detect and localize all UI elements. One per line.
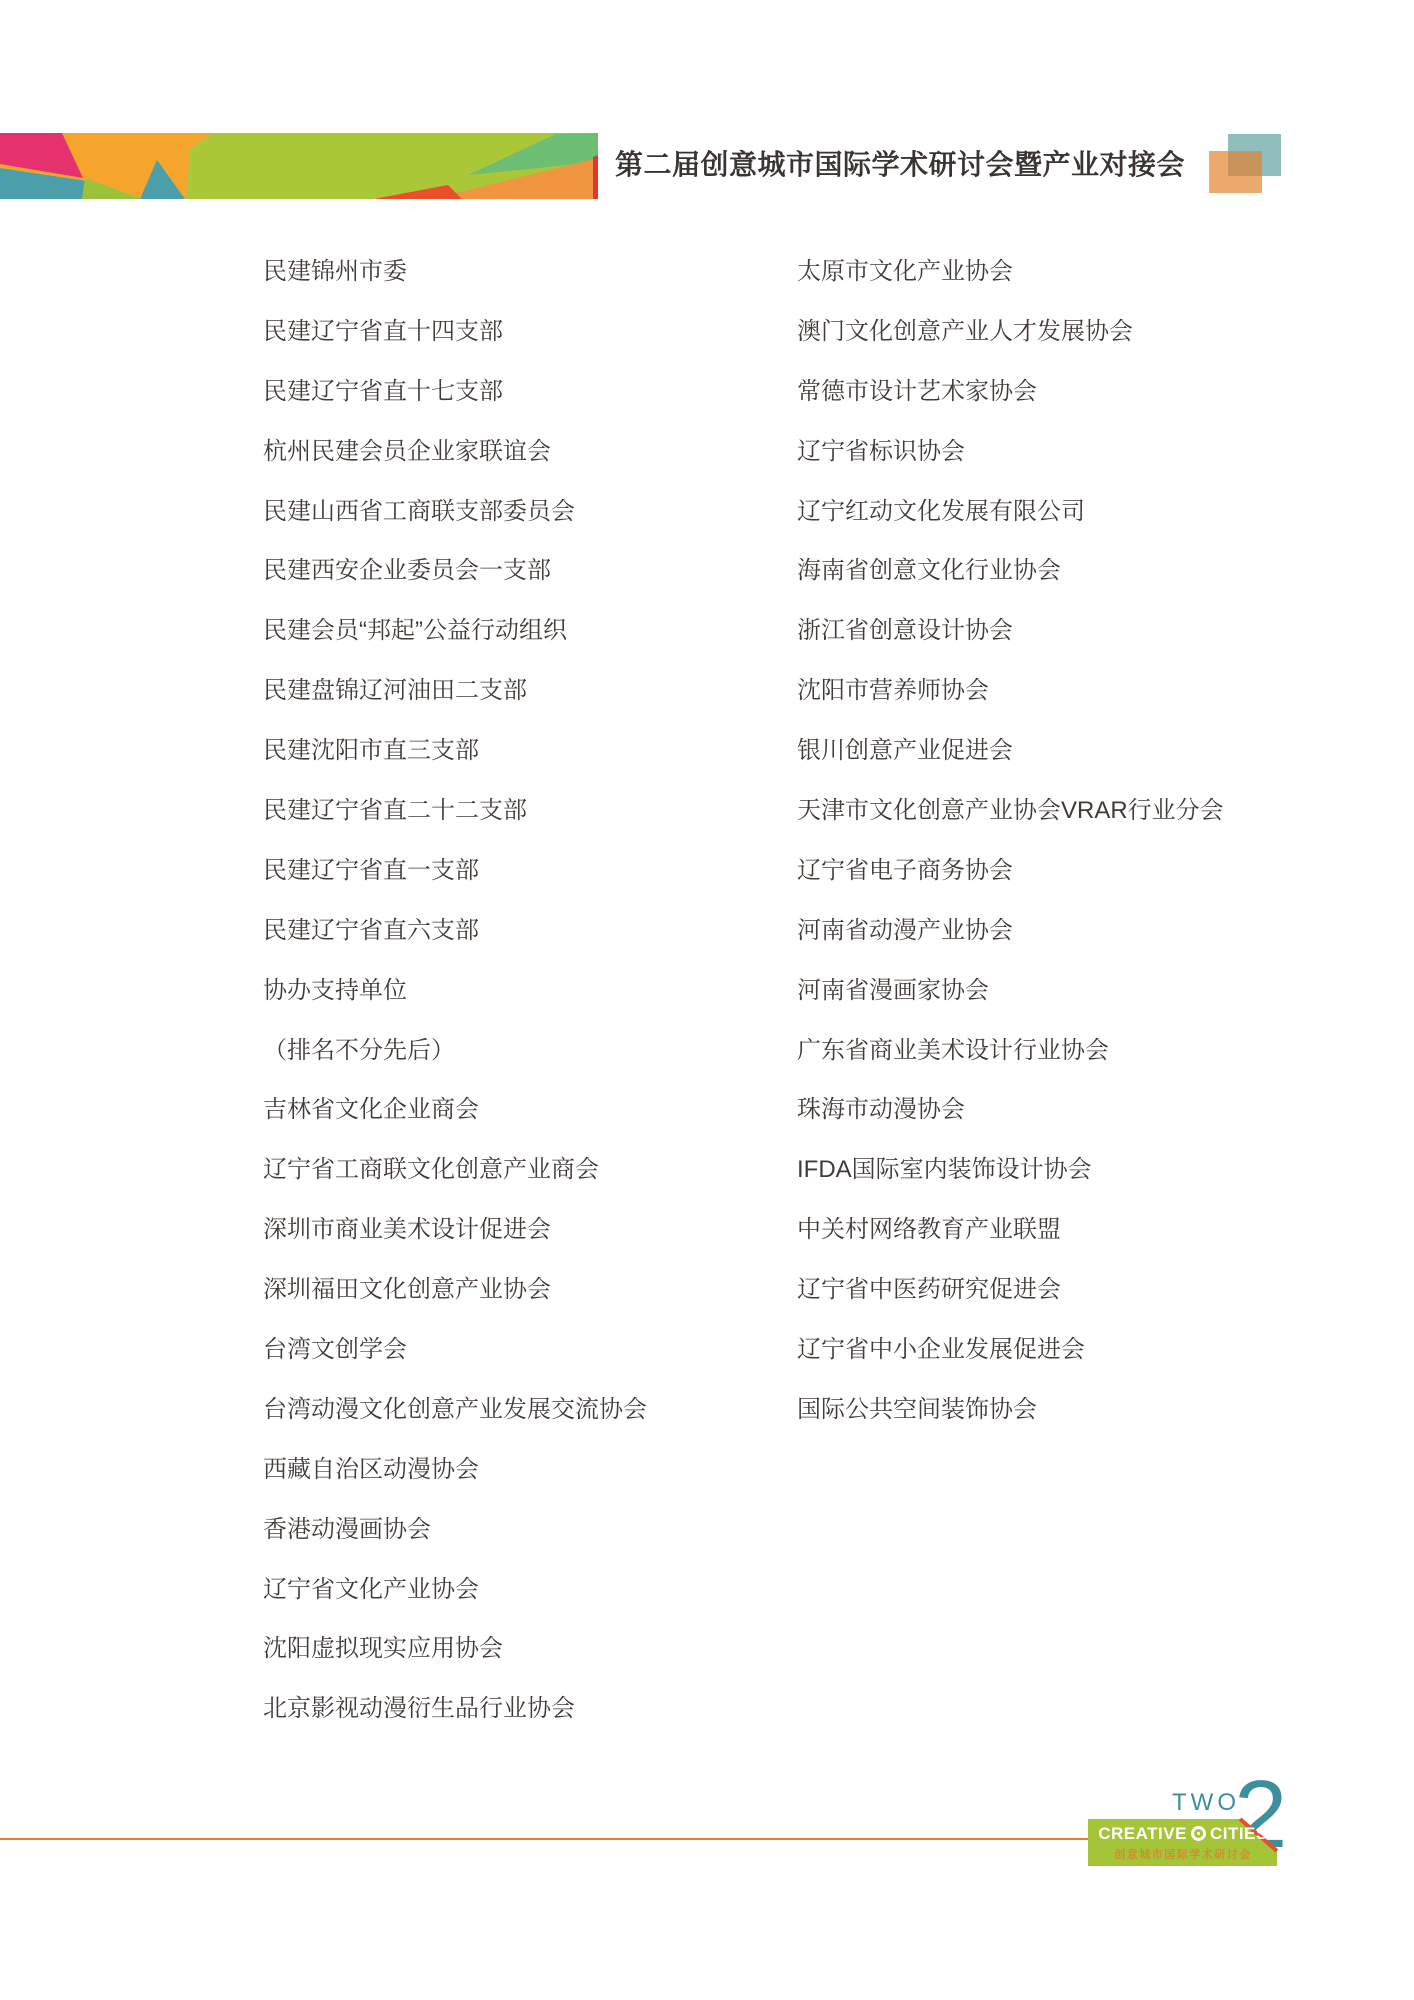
list-item: （排名不分先后） <box>263 1021 647 1081</box>
creative-cities-logo-title: CREATIVECITIES <box>1092 1824 1274 1844</box>
list-item: 民建山西省工商联支部委员会 <box>263 482 647 542</box>
list-item: 民建沈阳市直三支部 <box>263 721 647 781</box>
list-item: 民建盘锦辽河油田二支部 <box>263 661 647 721</box>
document-page: 第二届创意城市国际学术研讨会暨产业对接会 民建锦州市委民建辽宁省直十四支部民建辽… <box>0 0 1414 2000</box>
list-item: 深圳福田文化创意产业协会 <box>263 1260 647 1320</box>
list-item: 民建锦州市委 <box>263 242 647 302</box>
list-item: 辽宁省电子商务协会 <box>797 841 1224 901</box>
page-title: 第二届创意城市国际学术研讨会暨产业对接会 <box>615 149 1185 181</box>
list-item: 民建会员“邦起”公益行动组织 <box>263 601 647 661</box>
list-item: 河南省动漫产业协会 <box>797 901 1224 961</box>
creative-cities-logo-subtitle: 创意城市国际学术研讨会 <box>1092 1846 1274 1862</box>
list-item: 广东省商业美术设计行业协会 <box>797 1021 1224 1081</box>
list-item: 民建辽宁省直二十二支部 <box>263 781 647 841</box>
decor-square-overlap <box>1228 151 1262 176</box>
list-item: 吉林省文化企业商会 <box>263 1080 647 1140</box>
list-item: 北京影视动漫衍生品行业协会 <box>263 1679 647 1739</box>
list-item: 沈阳虚拟现实应用协会 <box>263 1619 647 1679</box>
list-item: 辽宁省中医药研究促进会 <box>797 1260 1224 1320</box>
list-item: 协办支持单位 <box>263 961 647 1021</box>
list-item: 太原市文化产业协会 <box>797 242 1224 302</box>
list-item: 台湾动漫文化创意产业发展交流协会 <box>263 1380 647 1440</box>
logo-word-cities: CITIES <box>1210 1824 1268 1843</box>
list-item: 民建辽宁省直十七支部 <box>263 362 647 422</box>
list-item: 银川创意产业促进会 <box>797 721 1224 781</box>
creative-cities-logo-icon <box>1191 1826 1206 1841</box>
list-item: 国际公共空间装饰协会 <box>797 1380 1224 1440</box>
list-item: 民建西安企业委员会一支部 <box>263 541 647 601</box>
list-item: 常德市设计艺术家协会 <box>797 362 1224 422</box>
list-item: 香港动漫画协会 <box>263 1500 647 1560</box>
list-item: 深圳市商业美术设计促进会 <box>263 1200 647 1260</box>
list-item: 河南省漫画家协会 <box>797 961 1224 1021</box>
list-item: 中关村网络教育产业联盟 <box>797 1200 1224 1260</box>
list-item: 辽宁省标识协会 <box>797 422 1224 482</box>
list-item: 辽宁省工商联文化创意产业商会 <box>263 1140 647 1200</box>
list-item: 澳门文化创意产业人才发展协会 <box>797 302 1224 362</box>
list-item: 辽宁省中小企业发展促进会 <box>797 1320 1224 1380</box>
list-item: 珠海市动漫协会 <box>797 1080 1224 1140</box>
list-item: 浙江省创意设计协会 <box>797 601 1224 661</box>
list-item: 台湾文创学会 <box>263 1320 647 1380</box>
list-item: 沈阳市营养师协会 <box>797 661 1224 721</box>
unit-list-right: 太原市文化产业协会澳门文化创意产业人才发展协会常德市设计艺术家协会辽宁省标识协会… <box>797 242 1224 1440</box>
logo-word-creative: CREATIVE <box>1098 1824 1187 1843</box>
list-item: 天津市文化创意产业协会VRAR行业分会 <box>797 781 1224 841</box>
header-banner-graphic <box>0 133 598 199</box>
unit-list-left: 民建锦州市委民建辽宁省直十四支部民建辽宁省直十七支部杭州民建会员企业家联谊会民建… <box>263 242 647 1739</box>
list-item: IFDA国际室内装饰设计协会 <box>797 1140 1224 1200</box>
list-item: 民建辽宁省直一支部 <box>263 841 647 901</box>
list-item: 海南省创意文化行业协会 <box>797 541 1224 601</box>
list-item: 辽宁红动文化发展有限公司 <box>797 482 1224 542</box>
footer-rule <box>0 1838 1089 1840</box>
list-item: 西藏自治区动漫协会 <box>263 1440 647 1500</box>
list-item: 杭州民建会员企业家联谊会 <box>263 422 647 482</box>
list-item: 辽宁省文化产业协会 <box>263 1560 647 1620</box>
list-item: 民建辽宁省直十四支部 <box>263 302 647 362</box>
list-item: 民建辽宁省直六支部 <box>263 901 647 961</box>
